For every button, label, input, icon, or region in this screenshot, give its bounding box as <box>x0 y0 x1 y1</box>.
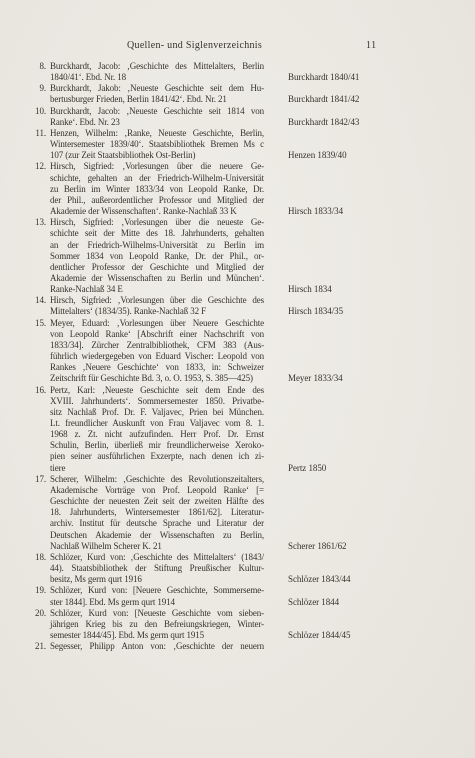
entry-line: Schlözer, Kurd von: [Neueste Geschichte … <box>50 608 264 619</box>
entry-line: 107 (zur Zeit Staatsbibliothek Ost-Berli… <box>50 150 264 161</box>
entry-text: Hirsch, Sigfried: ‚Vorlesungen über die … <box>50 295 264 317</box>
entry-line: Nachlaß Wilhelm Scherer K. 21 <box>50 541 264 552</box>
page-header-title: Quellen- und Siglenverzeichnis <box>127 40 262 51</box>
entry-number: 12. <box>30 161 46 172</box>
entry-line: Segesser, Philipp Anton von: ‚Geschichte… <box>50 641 264 652</box>
entry-line: Ranke-Nachlaß 34 E <box>50 284 264 295</box>
entry-text: Pertz, Karl: ‚Neueste Geschichte seit de… <box>50 385 264 474</box>
entry-siglum: Henzen 1839/40 <box>288 150 382 161</box>
entry-line: schichte, gehalten an der Friedrich-Wilh… <box>50 173 264 184</box>
entry-line: Hirsch, Sigfried: ‚Vorlesungen über die … <box>50 295 264 306</box>
entry-line: Mittelalters‘ (1834/35). Ranke-Nachlaß 3… <box>50 306 264 317</box>
entry-siglum: Schlözer 1844 <box>288 597 382 608</box>
entry-line: Hirsch, Sigfried: ‚Vorlesungen über die … <box>50 217 264 228</box>
entry-line: Geschichte der neuesten Zeit seit der zw… <box>50 496 264 507</box>
entry-line: 18. Jahrhunderts, Wintersemester 1861/62… <box>50 507 264 518</box>
entry-text: Hirsch, Sigfried: ‚Vorlesungen über die … <box>50 161 264 217</box>
bibliography-list: 8.Burckhardt, Jacob: ‚Geschichte des Mit… <box>30 61 382 652</box>
bibliography-entry: 16.Pertz, Karl: ‚Neueste Geschichte seit… <box>30 385 382 474</box>
entry-line: Zeitschrift für Geschichte Bd. 3, o. O. … <box>50 373 264 384</box>
entry-siglum: Hirsch 1834/35 <box>288 306 382 317</box>
bibliography-entry: 21.Segesser, Philipp Anton von: ‚Geschic… <box>30 641 382 652</box>
entry-line: Deutschen Akademie der Wissenschaften zu… <box>50 530 264 541</box>
entry-number: 19. <box>30 585 46 596</box>
entry-number: 16. <box>30 385 46 396</box>
bibliography-entry: 12.Hirsch, Sigfried: ‚Vorlesungen über d… <box>30 161 382 217</box>
entry-siglum: Meyer 1833/34 <box>288 373 382 384</box>
entry-line: Pertz, Karl: ‚Neueste Geschichte seit de… <box>50 385 264 396</box>
entry-line: jährigen Krieg bis zu den Befreiungskrie… <box>50 619 264 630</box>
entry-line: Ranke‘. Ebd. Nr. 23 <box>50 117 264 128</box>
entry-text: Henzen, Wilhelm: ‚Ranke, Neueste Geschic… <box>50 128 264 161</box>
entry-text: Burckhardt, Jacob: ‚Geschichte des Mitte… <box>50 61 264 83</box>
entry-line: 1840/41‘. Ebd. Nr. 18 <box>50 72 264 83</box>
entry-number: 11. <box>30 128 46 139</box>
bibliography-entry: 13.Hirsch, Sigfried: ‚Vorlesungen über d… <box>30 217 382 295</box>
entry-line: der Phil., außerordentlicher Professor u… <box>50 195 264 206</box>
entry-line: 1833/34]. Zürcher Zentralbibliothek, CFM… <box>50 340 264 351</box>
entry-line: Schlözer, Kurd von: ‚Geschichte des Mitt… <box>50 552 264 563</box>
entry-line: Schulin, Berlin, überließ mir freundlich… <box>50 440 264 451</box>
bibliography-entry: 19.Schlözer, Kurd von: [Neuere Geschicht… <box>30 585 382 607</box>
entry-number: 21. <box>30 641 46 652</box>
entry-line: Meyer, Eduard: ‚Vorlesungen über Neuere … <box>50 318 264 329</box>
bibliography-entry: 17.Scherer, Wilhelm: ‚Geschichte des Rev… <box>30 474 382 552</box>
entry-siglum: Burckhardt 1841/42 <box>288 94 382 105</box>
book-page: Quellen- und Siglenverzeichnis 11 8.Burc… <box>0 0 475 758</box>
entry-number: 20. <box>30 608 46 619</box>
entry-number: 18. <box>30 552 46 563</box>
entry-line: Burckhardt, Jacob: ‚Geschichte des Mitte… <box>50 61 264 72</box>
entry-text: Meyer, Eduard: ‚Vorlesungen über Neuere … <box>50 318 264 385</box>
entry-number: 8. <box>30 61 46 72</box>
entry-line: von Leopold Ranke‘ [Abschrift einer Nach… <box>50 329 264 340</box>
entry-line: Scherer, Wilhelm: ‚Geschichte des Revolu… <box>50 474 264 485</box>
entry-line: XVIII. Jahrhunderts‘. Sommersemester 185… <box>50 396 264 407</box>
entry-number: 9. <box>30 83 46 94</box>
entry-siglum: Schlözer 1844/45 <box>288 630 382 641</box>
bibliography-entry: 14.Hirsch, Sigfried: ‚Vorlesungen über d… <box>30 295 382 317</box>
entry-number: 17. <box>30 474 46 485</box>
entry-number: 13. <box>30 217 46 228</box>
entry-line: semester 1844/45]. Ebd. Ms germ qurt 191… <box>50 630 264 641</box>
entry-line: schichte seit der Mitte des 18. Jahrhund… <box>50 228 264 239</box>
entry-siglum: Burckhardt 1840/41 <box>288 72 382 83</box>
entry-line: Sommer 1834 von Leopold Ranke, Dr. der P… <box>50 251 264 262</box>
entry-line: Schlözer, Kurd von: [Neuere Geschichte, … <box>50 585 264 596</box>
entry-number: 14. <box>30 295 46 306</box>
entry-text: Scherer, Wilhelm: ‚Geschichte des Revolu… <box>50 474 264 552</box>
entry-text: Schlözer, Kurd von: [Neueste Geschichte … <box>50 608 264 641</box>
entry-line: besitz, Ms germ qurt 1916 <box>50 574 264 585</box>
entry-line: an der Friedrich-Wilhelms-Universität zu… <box>50 240 264 251</box>
entry-line: Akademische Vorträge von Prof. Leopold R… <box>50 485 264 496</box>
entry-text: Segesser, Philipp Anton von: ‚Geschichte… <box>50 641 264 652</box>
entry-siglum: Scherer 1861/62 <box>288 541 382 552</box>
entry-line: tiere <box>50 463 264 474</box>
bibliography-entry: 11.Henzen, Wilhelm: ‚Ranke, Neueste Gesc… <box>30 128 382 161</box>
entry-line: Wintersemester 1839/40‘. Staatsbibliothe… <box>50 139 264 150</box>
entry-line: zu Berlin im Winter 1833/34 von Leopold … <box>50 184 264 195</box>
entry-text: Schlözer, Kurd von: ‚Geschichte des Mitt… <box>50 552 264 585</box>
entry-text: Burckhardt, Jacob: ‚Neueste Geschichte s… <box>50 106 264 128</box>
entry-line: Hirsch, Sigfried: ‚Vorlesungen über die … <box>50 161 264 172</box>
entry-siglum: Hirsch 1834 <box>288 284 382 295</box>
bibliography-entry: 18.Schlözer, Kurd von: ‚Geschichte des M… <box>30 552 382 585</box>
bibliography-entry: 8.Burckhardt, Jacob: ‚Geschichte des Mit… <box>30 61 382 83</box>
entry-line: 44). Staatsbibliothek der Stiftung Preuß… <box>50 563 264 574</box>
entry-line: Rankes ‚Neuere Geschichte‘ von 1833, in:… <box>50 362 264 373</box>
entry-line: bertusburger Frieden, Berlin 1841/42‘. E… <box>50 94 264 105</box>
bibliography-entry: 15.Meyer, Eduard: ‚Vorlesungen über Neue… <box>30 318 382 385</box>
entry-siglum: Hirsch 1833/34 <box>288 206 382 217</box>
entry-line: Lt. freundlicher Auskunft von Frau Valja… <box>50 418 264 429</box>
bibliography-entry: 9.Burckhardt, Jakob: ‚Neueste Geschichte… <box>30 83 382 105</box>
entry-line: 1968 z. Zt. nicht aufzufinden. Herr Prof… <box>50 429 264 440</box>
entry-text: Hirsch, Sigfried: ‚Vorlesungen über die … <box>50 217 264 295</box>
bibliography-entry: 10.Burckhardt, Jacob: ‚Neueste Geschicht… <box>30 106 382 128</box>
entry-line: pien seiner ausführlichen Exzerpte, nach… <box>50 451 264 462</box>
entry-line: archiv. Institut für deutsche Sprache un… <box>50 518 264 529</box>
entry-line: Henzen, Wilhelm: ‚Ranke, Neueste Geschic… <box>50 128 264 139</box>
entry-line: Burckhardt, Jakob: ‚Neueste Geschichte s… <box>50 83 264 94</box>
entry-text: Burckhardt, Jakob: ‚Neueste Geschichte s… <box>50 83 264 105</box>
entry-line: sitz Nachlaß Prof. Dr. F. Valjavec, Prie… <box>50 407 264 418</box>
entry-line: führlich wiedergegeben von Eduard Vische… <box>50 351 264 362</box>
entry-number: 10. <box>30 106 46 117</box>
entry-siglum: Burckhardt 1842/43 <box>288 117 382 128</box>
entry-text: Schlözer, Kurd von: [Neuere Geschichte, … <box>50 585 264 607</box>
entry-siglum: Pertz 1850 <box>288 463 382 474</box>
entry-line: Akademie der Wissenschaften‘. Ranke-Nach… <box>50 206 264 217</box>
entry-line: dentlicher Professor der Geschichte und … <box>50 262 264 273</box>
entry-siglum: Schlözer 1843/44 <box>288 574 382 585</box>
entry-number: 15. <box>30 318 46 329</box>
bibliography-entry: 20.Schlözer, Kurd von: [Neueste Geschich… <box>30 608 382 641</box>
page-number: 11 <box>366 40 377 51</box>
entry-line: Akademie der Wissenschaften zu Berlin un… <box>50 273 264 284</box>
entry-line: Burckhardt, Jacob: ‚Neueste Geschichte s… <box>50 106 264 117</box>
entry-line: ster 1844]. Ebd. Ms germ qurt 1914 <box>50 597 264 608</box>
